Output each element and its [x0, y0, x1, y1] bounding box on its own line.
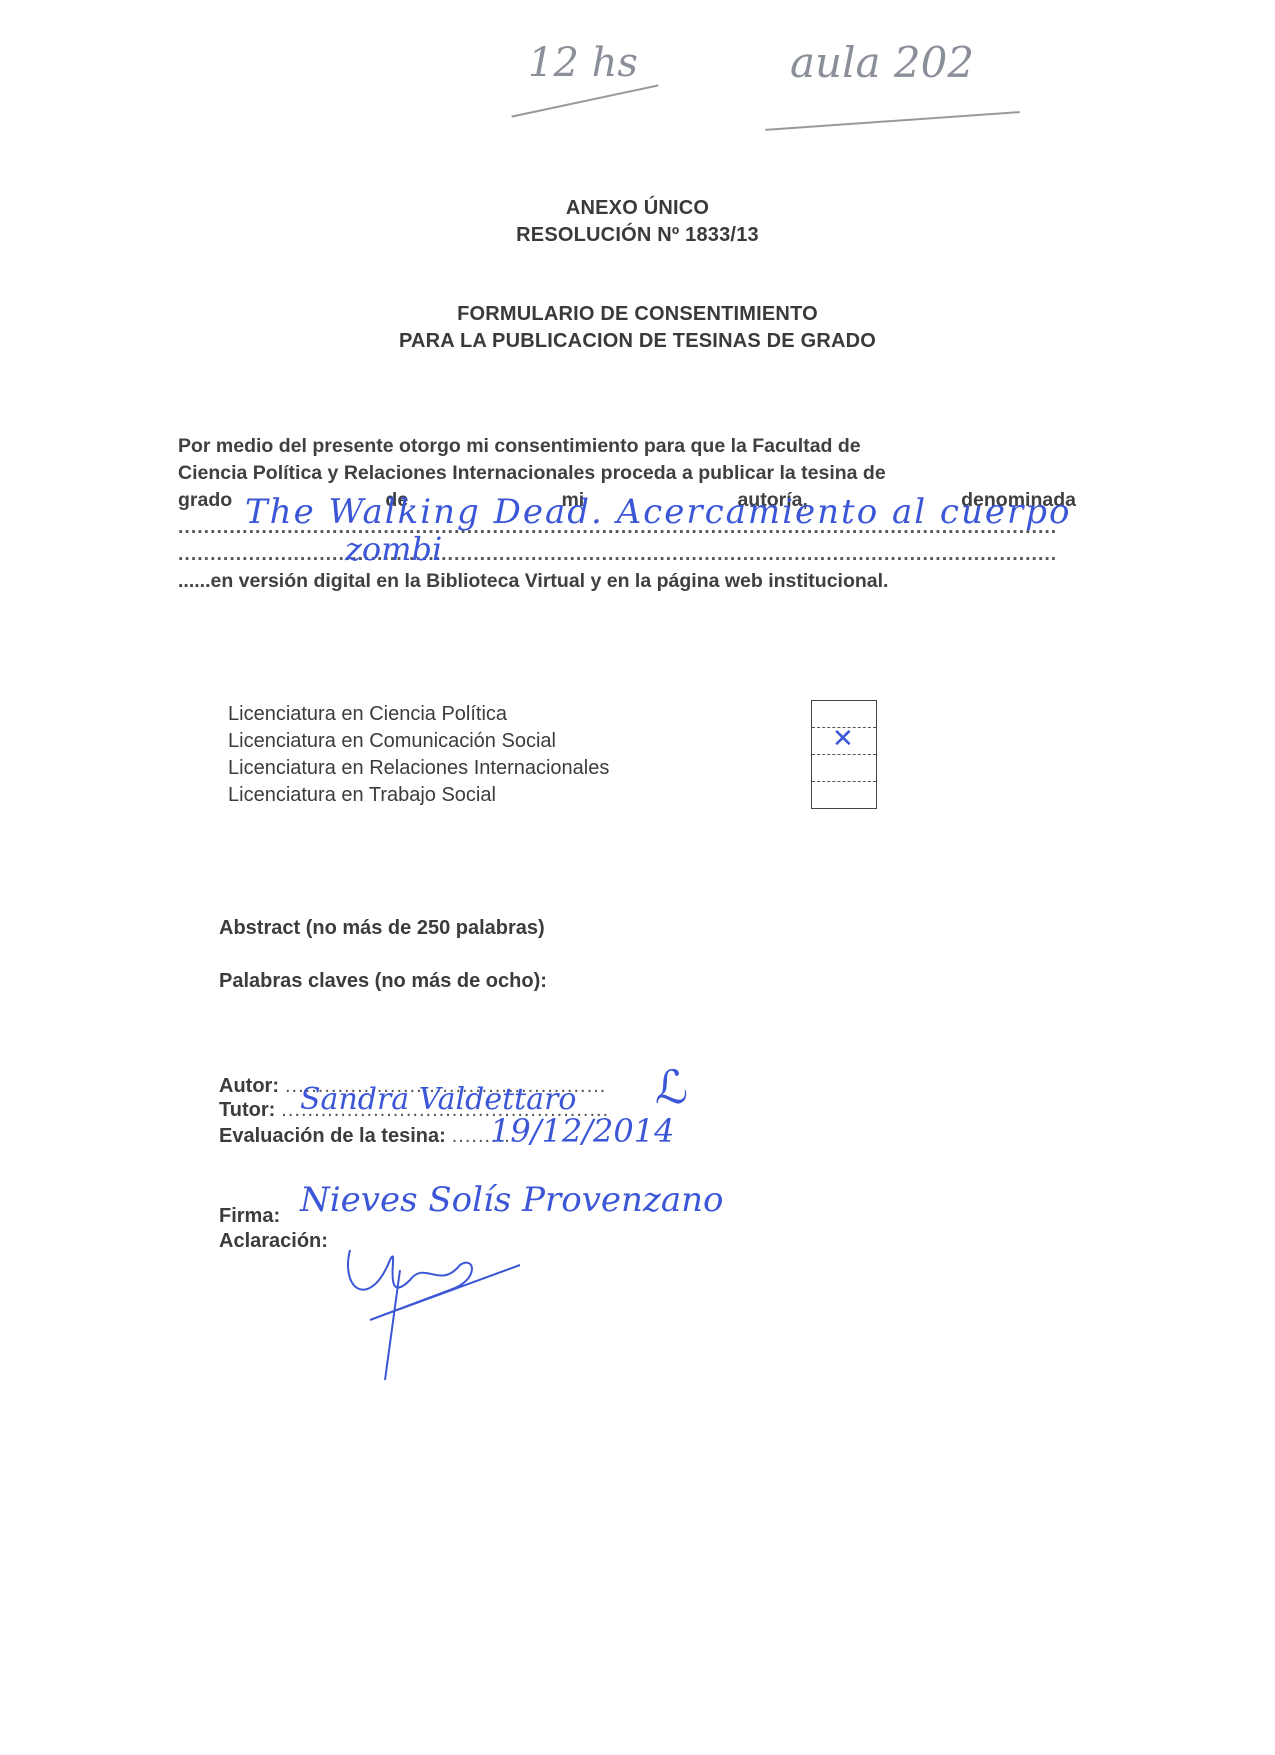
career-list: Licenciatura en Ciencia Política Licenci…: [228, 701, 609, 809]
career-checkbox-column: ✕: [811, 700, 877, 809]
career-ciencia-politica: Licenciatura en Ciencia Política: [228, 701, 609, 728]
career-trabajo-social: Licenciatura en Trabajo Social: [228, 782, 609, 809]
thesis-title-handwritten: The Walking Dead. Acercamiento al cuerpo: [245, 492, 1071, 532]
evaluacion-value-handwritten: 19/12/2014: [490, 1112, 674, 1150]
keywords-label: Palabras claves (no más de ocho):: [219, 970, 547, 993]
career-relaciones-internacionales: Licenciatura en Relaciones Internacional…: [228, 755, 609, 782]
thesis-title-handwritten-cont: zombi: [345, 530, 442, 568]
check-mark-icon: ✕: [832, 724, 854, 754]
initials-handwritten: ℒ: [655, 1060, 688, 1114]
checkbox-relaciones-internacionales[interactable]: [812, 755, 876, 782]
form-subtitle: PARA LA PUBLICACION DE TESINAS DE GRADO: [0, 330, 1275, 353]
signature-scribble: [330, 1220, 530, 1390]
career-comunicacion-social: Licenciatura en Comunicación Social: [228, 728, 609, 755]
annex-title: ANEXO ÚNICO: [0, 197, 1275, 220]
abstract-label: Abstract (no más de 250 palabras): [219, 917, 545, 940]
evaluacion-field: Evaluación de la tesina: ..........: [219, 1125, 512, 1148]
checkbox-comunicacion-social[interactable]: ✕: [812, 728, 876, 755]
form-title: FORMULARIO DE CONSENTIMIENTO: [0, 303, 1275, 326]
pencil-underline: [765, 111, 1020, 131]
aclaracion-value-handwritten: Nieves Solís Provenzano: [300, 1180, 723, 1220]
consent-line-2: Ciencia Política y Relaciones Internacio…: [178, 460, 1076, 487]
checkbox-trabajo-social[interactable]: [812, 782, 876, 808]
firma-label: Firma:: [219, 1205, 280, 1228]
pencil-note-time: 12 hs: [528, 40, 638, 86]
title-dotted-line-2[interactable]: ........................................…: [178, 541, 1058, 568]
resolution-number: RESOLUCIÓN Nº 1833/13: [0, 224, 1275, 247]
consent-line-6: ......en versión digital en la Bibliotec…: [178, 568, 1076, 595]
aclaracion-label: Aclaración:: [219, 1230, 328, 1253]
consent-line-1: Por medio del presente otorgo mi consent…: [178, 433, 1076, 460]
pencil-note-room: aula 202: [790, 38, 974, 87]
pencil-underline: [511, 84, 658, 117]
